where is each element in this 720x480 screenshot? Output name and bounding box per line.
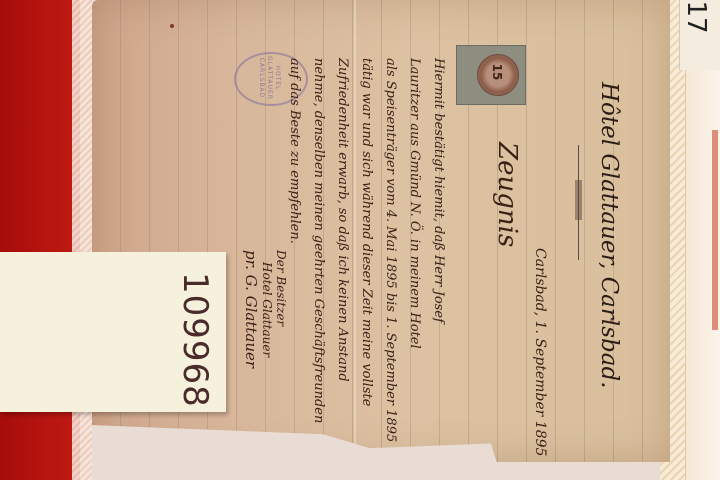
document-title: Zeugnis [492, 142, 522, 247]
body-line: nehme, denselben meinen geehrten Geschäf… [311, 58, 326, 423]
side-card-number: 17 [681, 0, 711, 37]
body-line: Zufriedenheit erwarb, so daß ich keinen … [335, 58, 350, 382]
letterhead: Hôtel Glattauer, Carlsbad. [596, 82, 622, 389]
body-line: auf das Beste zu empfehlen. [287, 58, 302, 244]
fold-line [354, 0, 356, 462]
dateline: Carlsbad, 1. September 1895 [532, 248, 548, 456]
side-card: 17 [679, 0, 720, 70]
hotel-ink-stamp-text: HOTEL GLATTAUER CARLSBAD [249, 45, 289, 111]
revenue-stamp: 15 [456, 45, 526, 105]
stain [170, 24, 174, 28]
letterhead-ornament [575, 180, 582, 220]
signature-line: pr. G. Glattauer [242, 250, 260, 368]
signature-line: Der Besitzer [274, 250, 288, 326]
body-line: Lauritzer aus Gmünd N. Ö. in meinem Hote… [407, 58, 422, 349]
side-strip [685, 70, 720, 480]
revenue-stamp-value: 15 [490, 52, 504, 92]
body-line: als Speisenträger vom 4. Mai 1895 bis 1.… [383, 58, 398, 442]
body-line: tätig war und sich während dieser Zeit m… [359, 58, 374, 406]
body-line: Hiermit bestätigt hiemit, daß Herr Josef [431, 58, 446, 323]
signature-line: Hotel Glattauer [260, 262, 274, 357]
archive-tag-number: 109968 [175, 272, 215, 408]
